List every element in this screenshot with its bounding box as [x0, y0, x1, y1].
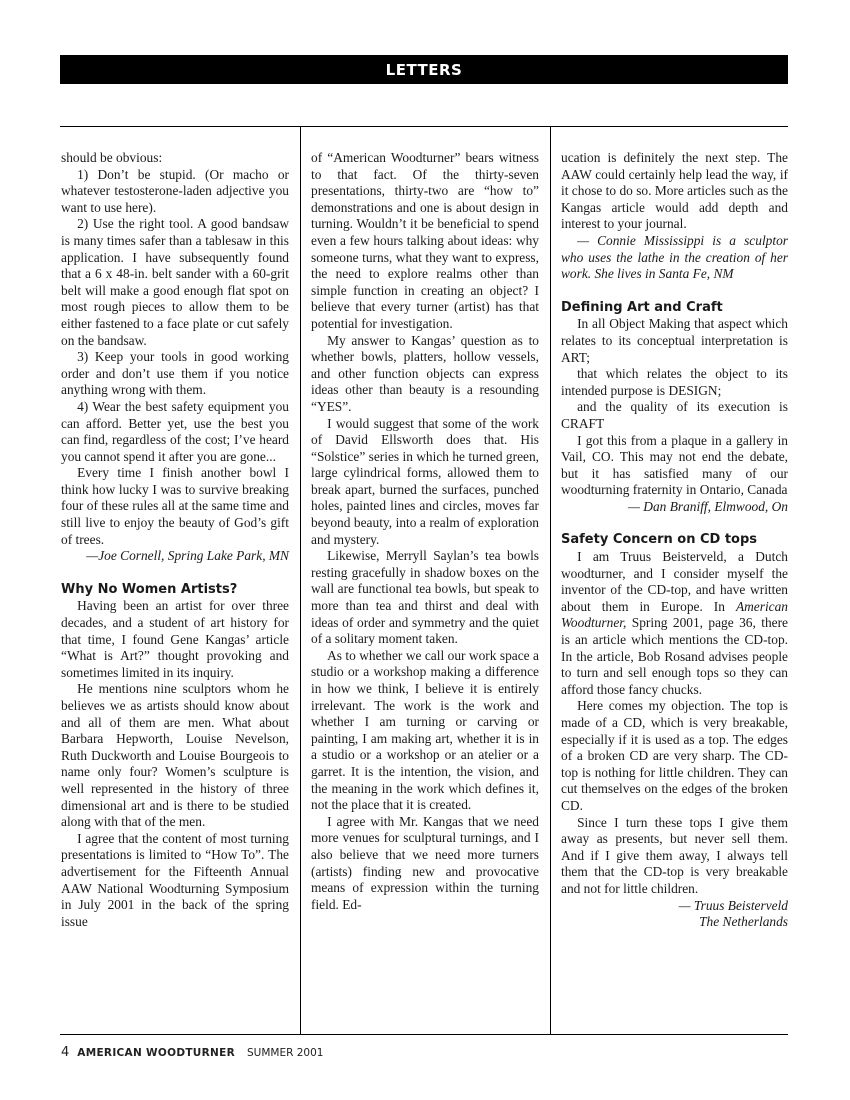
- body-paragraph: Having been an artist for over three dec…: [61, 598, 289, 681]
- letter-heading: Defining Art and Craft: [561, 300, 788, 317]
- letter-signature: — Truus Beisterveld: [561, 898, 788, 915]
- body-paragraph: In all Object Making that aspect which r…: [561, 316, 788, 366]
- section-title: LETTERS: [386, 61, 463, 79]
- magazine-title-reference: American Woodturner,: [561, 599, 788, 631]
- column-divider-2: [550, 126, 551, 1035]
- body-paragraph: I am Truus Beisterveld, a Dutch woodturn…: [561, 549, 788, 698]
- body-paragraph: As to whether we call our work space a s…: [311, 648, 539, 814]
- column-1: should be obvious:1) Don’t be stupid. (O…: [61, 150, 289, 930]
- body-paragraph: ucation is definitely the next step. The…: [561, 150, 788, 233]
- magazine-name: AMERICAN WOODTURNER: [77, 1047, 235, 1059]
- body-paragraph: of “American Woodturner” bears witness t…: [311, 150, 539, 333]
- body-paragraph: 4) Wear the best safety equipment you ca…: [61, 399, 289, 465]
- letter-signature: —Joe Cornell, Spring Lake Park, MN: [61, 548, 289, 565]
- column-divider-1: [300, 126, 301, 1035]
- column-3: ucation is definitely the next step. The…: [561, 150, 788, 931]
- column-2: of “American Woodturner” bears witness t…: [311, 150, 539, 913]
- body-paragraph: 2) Use the right tool. A good bandsaw is…: [61, 216, 289, 349]
- letter-heading: Why No Women Artists?: [61, 582, 289, 599]
- body-paragraph: Likewise, Merryll Saylan’s tea bowls res…: [311, 548, 539, 648]
- body-paragraph: should be obvious:: [61, 150, 289, 167]
- section-header-bar: LETTERS: [60, 55, 788, 84]
- body-paragraph: Since I turn these tops I give them away…: [561, 815, 788, 898]
- body-paragraph: My answer to Kangas’ question as to whet…: [311, 333, 539, 416]
- body-paragraph: 3) Keep your tools in good work­ing orde…: [61, 349, 289, 399]
- body-paragraph: He mentions nine sculptors whom he belie…: [61, 681, 289, 830]
- body-paragraph: that which relates the object to its int…: [561, 366, 788, 399]
- top-rule: [60, 126, 788, 127]
- body-paragraph: I agree that the content of most turning…: [61, 831, 289, 931]
- body-paragraph: and the quality of its execution is CRAF…: [561, 399, 788, 432]
- letter-signature: — Dan Braniff, Elmwood, On: [561, 499, 788, 516]
- letter-signature: — Connie Mississippi is a sculptor who u…: [561, 233, 788, 283]
- body-paragraph: Every time I finish another bowl I think…: [61, 465, 289, 548]
- letter-signature: The Netherlands: [561, 914, 788, 931]
- letter-heading: Safety Concern on CD tops: [561, 532, 788, 549]
- bottom-rule: [60, 1034, 788, 1035]
- issue-date: SUMMER 2001: [247, 1047, 323, 1059]
- body-paragraph: I would suggest that some of the work of…: [311, 416, 539, 549]
- page-footer: 4 AMERICAN WOODTURNER SUMMER 2001: [61, 1045, 323, 1061]
- body-paragraph: 1) Don’t be stupid. (Or macho or whateve…: [61, 167, 289, 217]
- body-paragraph: I got this from a plaque in a gallery in…: [561, 433, 788, 499]
- page-number: 4: [61, 1045, 69, 1060]
- body-paragraph: Here comes my objection. The top is made…: [561, 698, 788, 814]
- body-paragraph: I agree with Mr. Kangas that we need mor…: [311, 814, 539, 914]
